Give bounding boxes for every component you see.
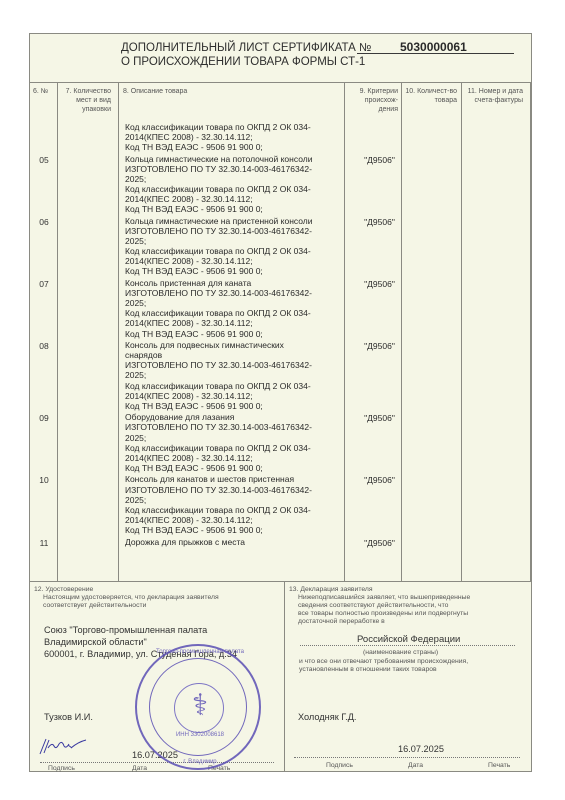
label-signature: Подпись (48, 765, 75, 772)
country-line (300, 645, 515, 646)
description-line: 2025; (125, 236, 350, 246)
description-line: ИЗГОТОВЛЕНО ПО ТУ 32.30.14-003-46176342- (125, 422, 350, 432)
row-number: 10 (30, 475, 58, 485)
description-line: Кольца гимнастические на пристенной конс… (125, 216, 350, 226)
description-line: Код ТН ВЭД ЕАЭС - 9506 91 900 0; (125, 329, 350, 339)
declarant-name: Холодняк Г.Д. (298, 712, 356, 722)
official-stamp-icon: ⚕ Торгово-промышленная палата ИНН 330200… (135, 644, 261, 770)
description-line: 2014(КПЕС 2008) - 32.30.14.112; (125, 515, 350, 525)
stamp-text-top: Торгово-промышленная палата (137, 649, 263, 655)
column-header-number: 6. № (33, 83, 57, 128)
description-line: 2025; (125, 370, 350, 380)
column-header-quantity: 10. Количест-во товара (405, 83, 457, 128)
label-date: Дата (408, 762, 423, 769)
origin-criterion: "Д9506" (352, 341, 407, 351)
description-line: 2025; (125, 298, 350, 308)
row-number: 11 (30, 538, 58, 548)
description-line: 2025; (125, 174, 350, 184)
description-line: Код классификации товара по ОКПД 2 ОК 03… (125, 122, 350, 132)
description-line: Консоль пристенная для каната (125, 278, 350, 288)
handwritten-signature (38, 736, 88, 756)
title-line-2: О ПРОИСХОЖДЕНИИ ТОВАРА ФОРМЫ СТ-1 (121, 56, 365, 68)
description-line: 2014(КПЕС 2008) - 32.30.14.112; (125, 132, 350, 142)
column-header-invoice: 11. Номер и дата счета-фактуры (465, 83, 523, 128)
certifier-name: Тузков И.И. (44, 712, 93, 722)
description-line: ИЗГОТОВЛЕНО ПО ТУ 32.30.14-003-46176342- (125, 164, 350, 174)
organization-name-2: Владимирской области" (44, 637, 147, 649)
description-line: ИЗГОТОВЛЕНО ПО ТУ 32.30.14-003-46176342- (125, 485, 350, 495)
description-line: ИЗГОТОВЛЕНО ПО ТУ 32.30.14-003-46176342- (125, 226, 350, 236)
row-number: 07 (30, 279, 58, 289)
country-caption: (наименование страны) (363, 649, 438, 658)
caduceus-icon: ⚕ (175, 688, 225, 723)
origin-criterion: "Д9506" (352, 538, 407, 548)
description-line: Код классификации товара по ОКПД 2 ОК 03… (125, 308, 350, 318)
description-line: снарядов (125, 350, 350, 360)
description-line: 2014(КПЕС 2008) - 32.30.14.112; (125, 453, 350, 463)
description-line: Код ТН ВЭД ЕАЭС - 9506 91 900 0; (125, 463, 350, 473)
description-line: Кольца гимнастические на потолочной конс… (125, 154, 350, 164)
description-line: Консоль для канатов и шестов пристенная (125, 474, 350, 484)
description-line: Код ТН ВЭД ЕАЭС - 9506 91 900 0; (125, 401, 350, 411)
certificate-number: 5030000061 (400, 40, 467, 54)
certificate-sheet: ДОПОЛНИТЕЛЬНЫЙ ЛИСТ СЕРТИФИКАТА № О ПРОИ… (29, 33, 532, 772)
description-line: 2025; (125, 495, 350, 505)
description-line: Код классификации товара по ОКПД 2 ОК 03… (125, 505, 350, 515)
country-of-origin: Российской Федерации (357, 634, 460, 645)
description-line: 2014(КПЕС 2008) - 32.30.14.112; (125, 256, 350, 266)
declaration-text-6: установленным в отношении таких товаров (299, 666, 437, 675)
description-line: 2025; (125, 433, 350, 443)
description-line: 2014(КПЕС 2008) - 32.30.14.112; (125, 318, 350, 328)
label-signature: Подпись (326, 762, 353, 769)
description-line: Код классификации товара по ОКПД 2 ОК 03… (125, 443, 350, 453)
row-number: 05 (30, 155, 58, 165)
origin-criterion: "Д9506" (352, 279, 407, 289)
signature-line (294, 757, 520, 758)
description-line: Код классификации товара по ОКПД 2 ОК 03… (125, 184, 350, 194)
column-divider (530, 83, 531, 581)
certification-text-2: соответствует действительности (43, 602, 146, 611)
description-line: 2014(КПЕС 2008) - 32.30.14.112; (125, 194, 350, 204)
row-number: 09 (30, 413, 58, 423)
title-line-1: ДОПОЛНИТЕЛЬНЫЙ ЛИСТ СЕРТИФИКАТА № (121, 42, 371, 54)
origin-criterion: "Д9506" (352, 475, 407, 485)
bottom-section: 12. Удостоверение Настоящим удостоверяет… (30, 581, 531, 771)
column-header-origin-criteria: 9. Критерии происхож-дения (348, 83, 398, 128)
description-line: Код классификации товара по ОКПД 2 ОК 03… (125, 246, 350, 256)
description-line: Код классификации товара по ОКПД 2 ОК 03… (125, 381, 350, 391)
declaration-text-4: достаточной переработке в (298, 618, 385, 627)
origin-criterion: "Д9506" (352, 413, 407, 423)
label-stamp: Печать (488, 762, 510, 769)
origin-criterion: "Д9506" (352, 155, 407, 165)
row-number: 06 (30, 217, 58, 227)
stamp-emblem: ⚕ (174, 683, 224, 733)
row-number: 08 (30, 341, 58, 351)
description-line: ИЗГОТОВЛЕНО ПО ТУ 32.30.14-003-46176342- (125, 360, 350, 370)
stamp-text-bottom: г. Владимир (137, 759, 263, 765)
description-line: Код ТН ВЭД ЕАЭС - 9506 91 900 0; (125, 266, 350, 276)
description-line: Код ТН ВЭД ЕАЭС - 9506 91 900 0; (125, 204, 350, 214)
column-divider (461, 83, 462, 581)
description-line: ИЗГОТОВЛЕНО ПО ТУ 32.30.14-003-46176342- (125, 288, 350, 298)
stamp-inner-ring: ⚕ (149, 658, 247, 756)
section-divider (284, 582, 285, 772)
label-date: Дата (132, 765, 147, 772)
description-line: 2014(КПЕС 2008) - 32.30.14.112; (125, 391, 350, 401)
organization-name-1: Союз "Торгово-промышленная палата (44, 625, 207, 637)
stamp-inn: ИНН 3302008618 (137, 732, 263, 738)
description-line: Код ТН ВЭД ЕАЭС - 9506 91 900 0; (125, 525, 350, 535)
description-line: Дорожка для прыжков с места (125, 537, 350, 547)
column-divider (118, 83, 119, 581)
description-line: Код ТН ВЭД ЕАЭС - 9506 91 900 0; (125, 142, 350, 152)
description-line: Консоль для подвесных гимнастических (125, 340, 350, 350)
origin-criterion: "Д9506" (352, 217, 407, 227)
title-block: ДОПОЛНИТЕЛЬНЫЙ ЛИСТ СЕРТИФИКАТА № О ПРОИ… (30, 34, 531, 83)
description-line: Оборудование для лазания (125, 412, 350, 422)
column-header-packages: 7. Количество мест и вид упаковки (61, 83, 113, 128)
declaration-date: 16.07.2025 (398, 744, 444, 754)
